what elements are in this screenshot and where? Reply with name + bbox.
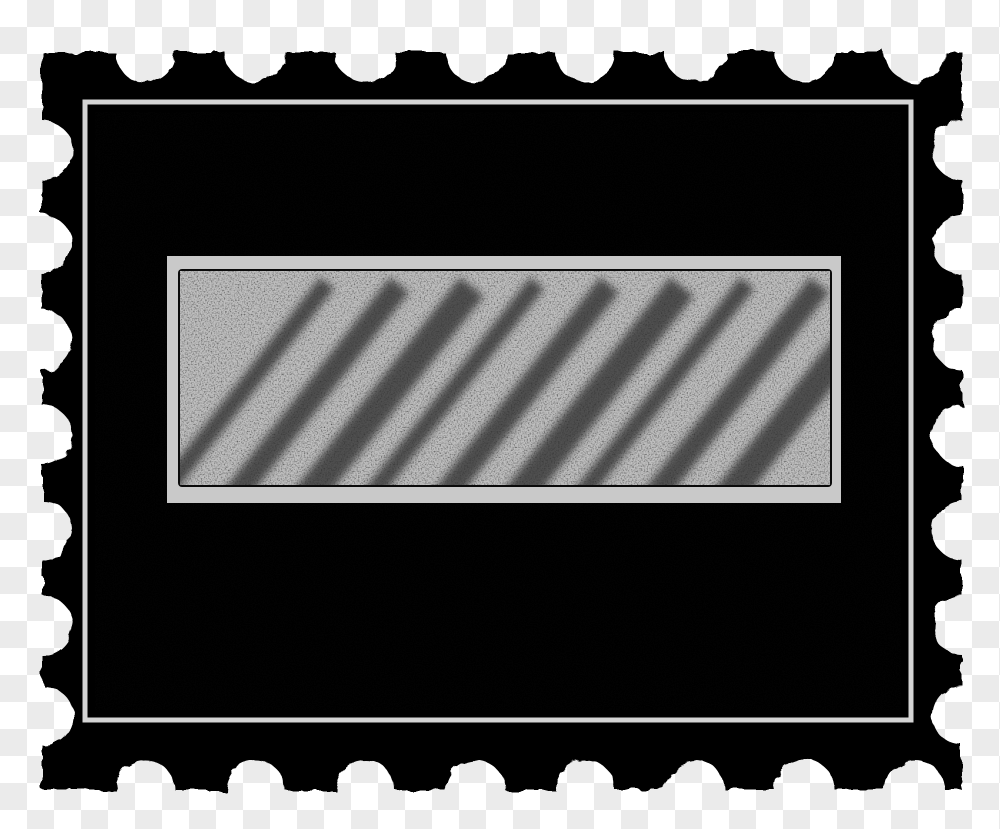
postage-stamp-graphic	[0, 0, 1000, 829]
label-texture	[148, 271, 904, 517]
